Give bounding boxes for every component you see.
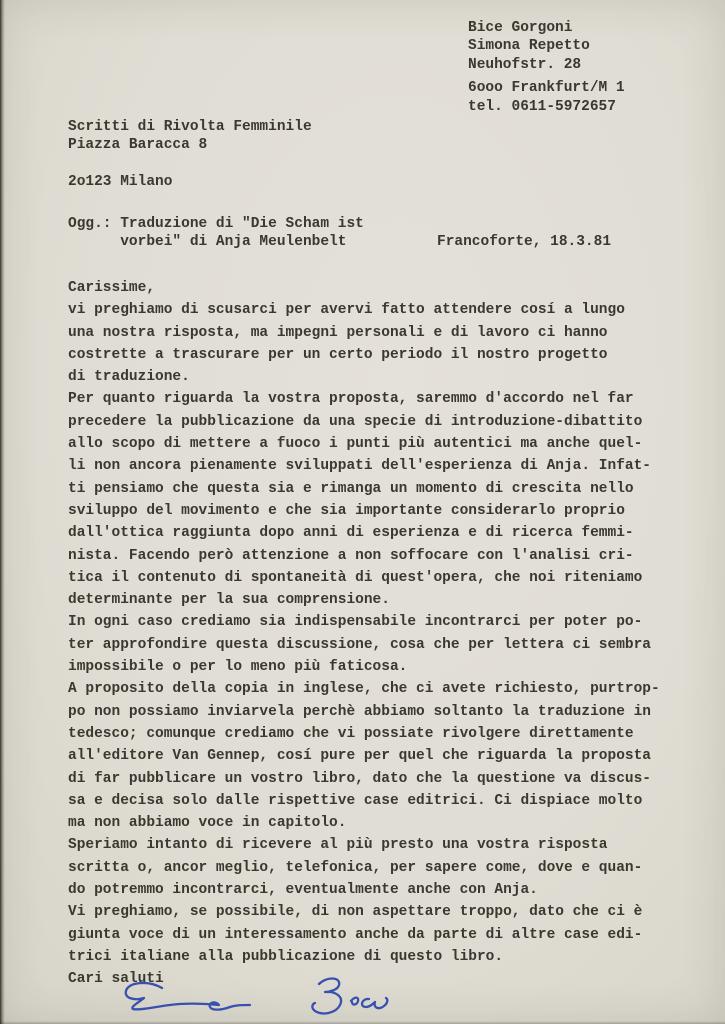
signature-simona-stroke [126, 983, 250, 1010]
letter-page: Bice Gorgoni Simona Repetto Neuhofstr. 2… [0, 0, 725, 1024]
dateline: Francoforte, 18.3.81 [437, 233, 611, 251]
recipient-address-block: Scritti di Rivolta Femminile Piazza Bara… [68, 118, 312, 192]
subject-line: Ogg.: Traduzione di "Die Scham ist vorbe… [68, 215, 364, 252]
sender-address: Bice Gorgoni Simona Repetto Neuhofstr. 2… [468, 19, 625, 74]
signature-simona-ink [118, 979, 258, 1019]
signature-bice-stroke [312, 978, 387, 1013]
signature-bice-ink [303, 974, 398, 1020]
scan-edge-left [0, 0, 5, 1024]
sender-address-block: Bice Gorgoni Simona Repetto Neuhofstr. 2… [468, 19, 625, 116]
letter-body: Carissime, vi preghiamo di scusarci per … [68, 277, 660, 991]
sender-contact: 6ooo Frankfurt/M 1 tel. 0611-5972657 [468, 79, 625, 116]
